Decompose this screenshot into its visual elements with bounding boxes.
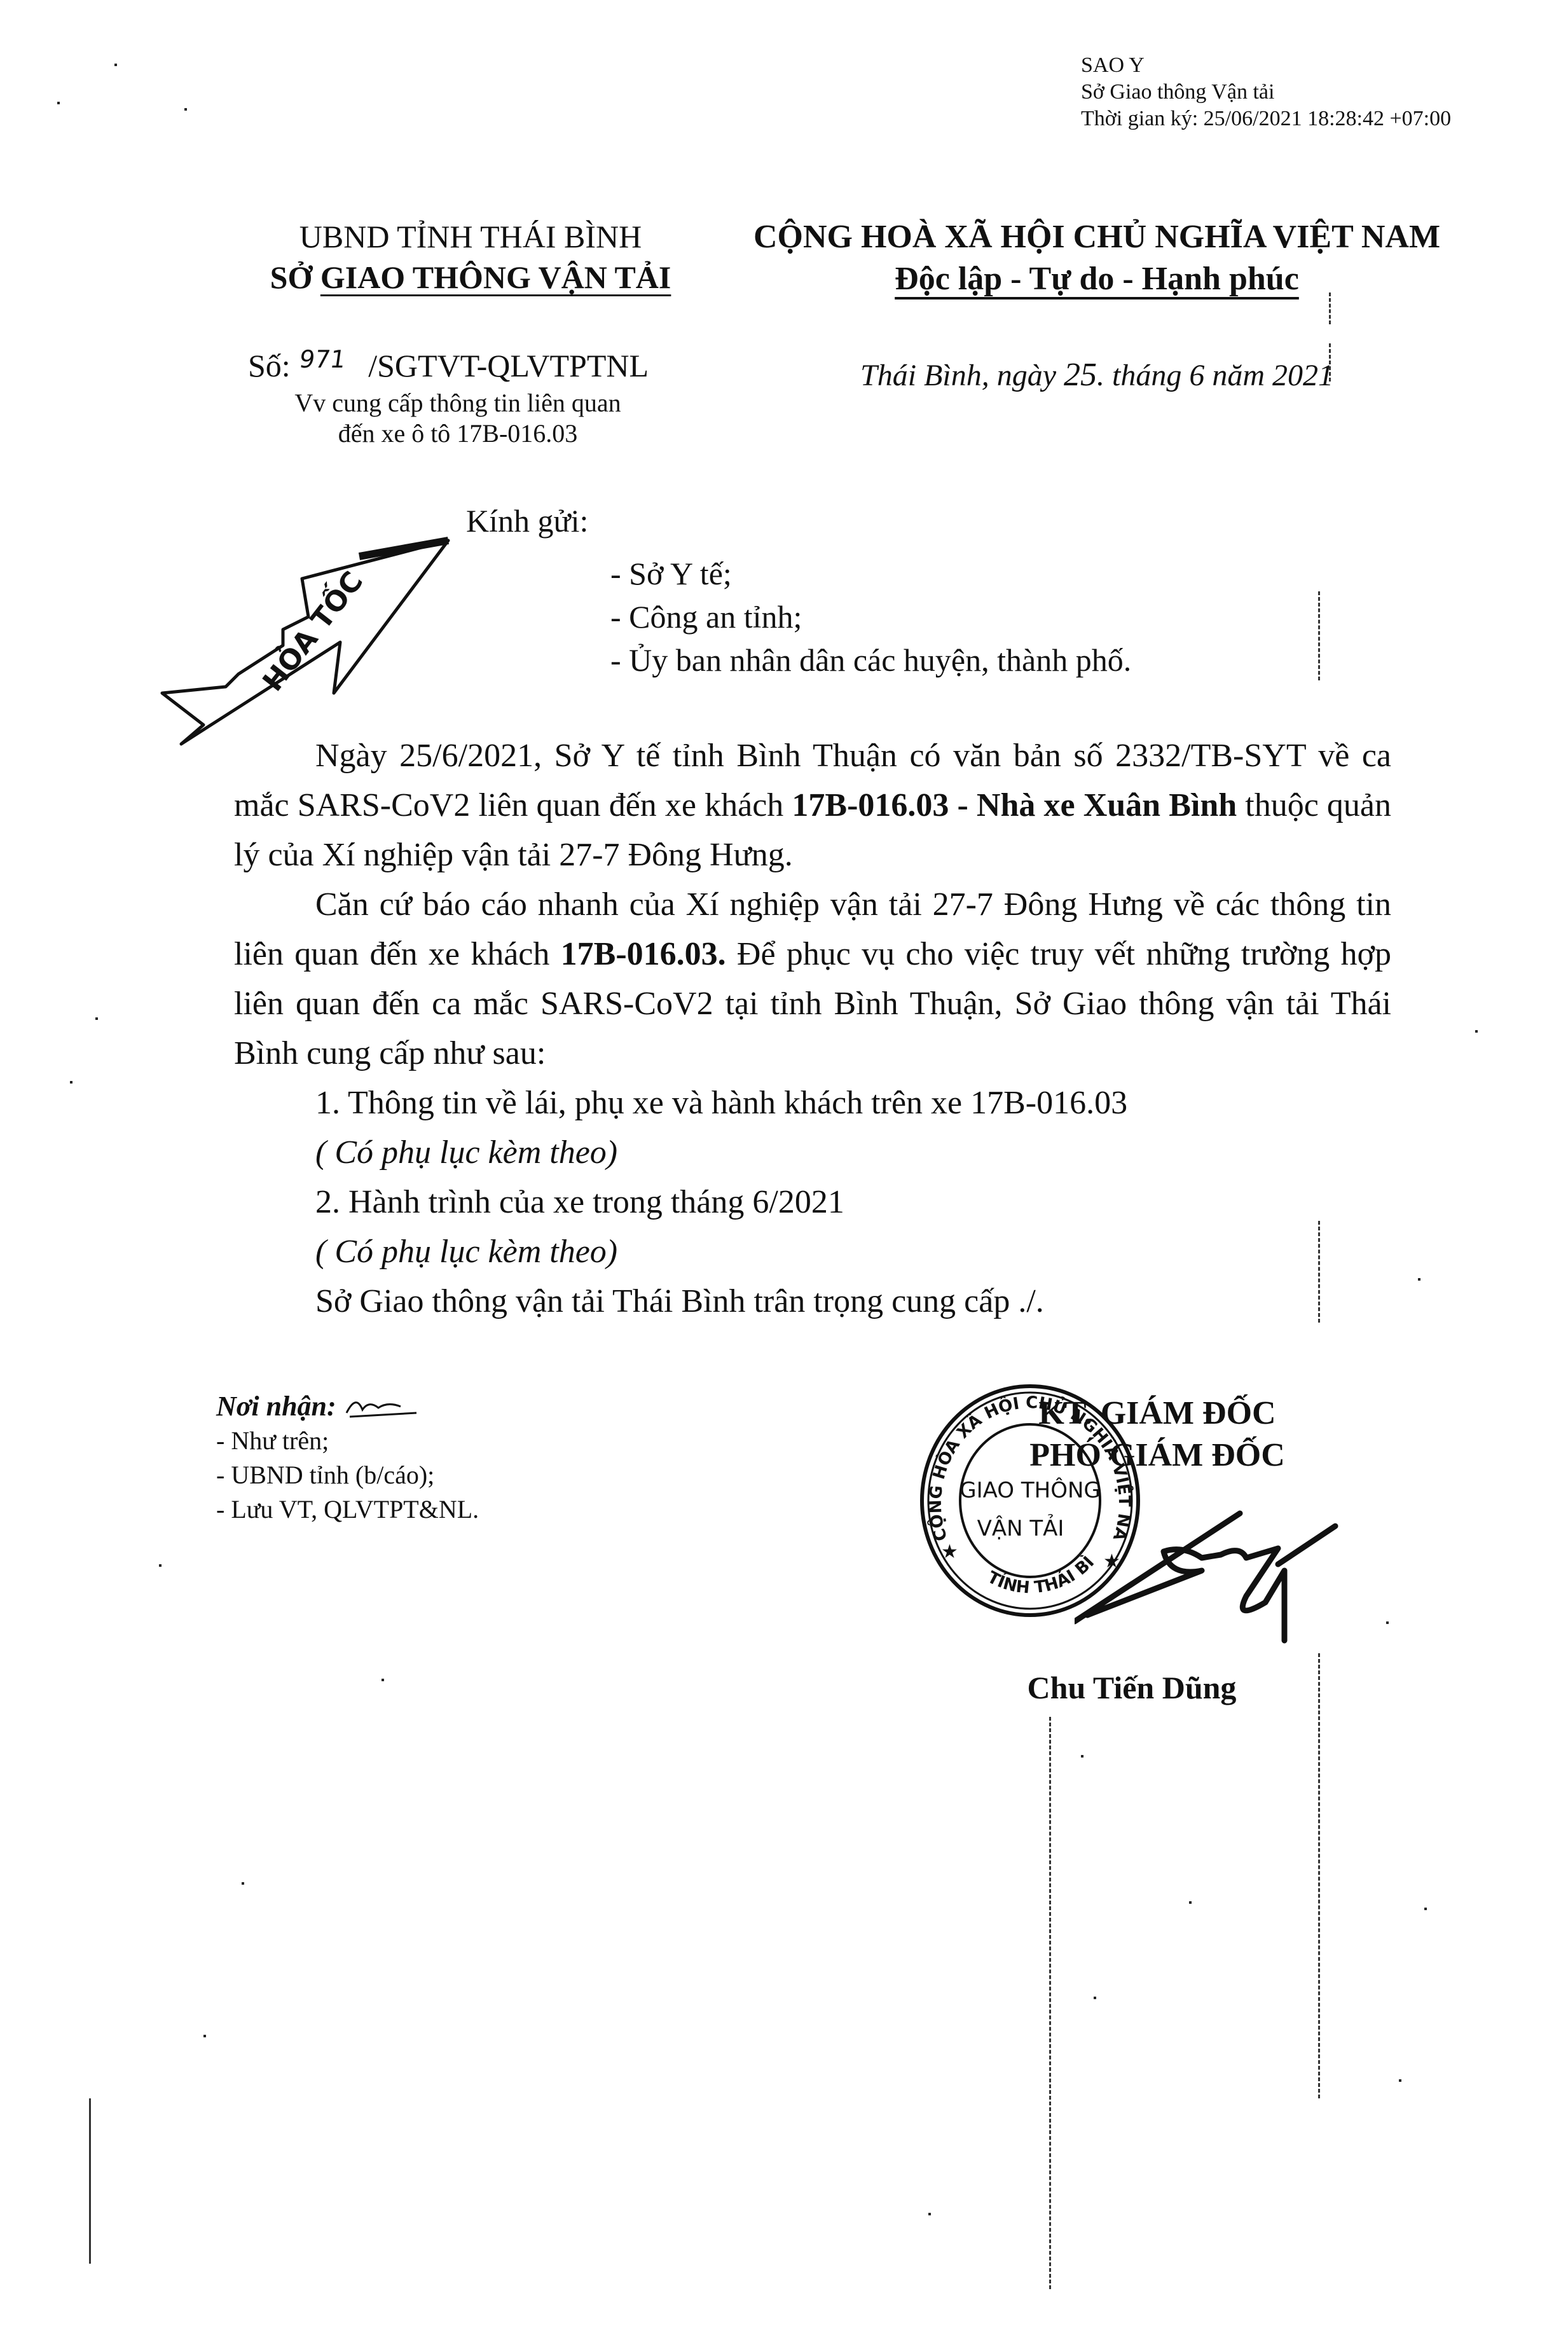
body-paragraph-1: Ngày 25/6/2021, Sở Y tế tỉnh Bình Thuận … bbox=[234, 731, 1391, 880]
handwritten-signature-icon bbox=[1075, 1494, 1342, 1653]
body-item-1-note: ( Có phụ lục kèm theo) bbox=[234, 1128, 1391, 1178]
issuer-department: SỞ GIAO THÔNG VẬN TẢI bbox=[191, 257, 750, 298]
seal-star-icon: ★ bbox=[941, 1541, 958, 1562]
body-item-2-note: ( Có phụ lục kèm theo) bbox=[234, 1227, 1391, 1277]
scan-artifact-line bbox=[1329, 292, 1331, 324]
document-body: Ngày 25/6/2021, Sở Y tế tỉnh Bình Thuận … bbox=[234, 731, 1391, 1326]
distribution-list: Nơi nhận: - Như trên; - UBND tỉnh (b/cáo… bbox=[216, 1389, 479, 1527]
doc-number-code: /SGTVT-QLVTPTNL bbox=[368, 348, 649, 383]
distribution-item: - UBND tỉnh (b/cáo); bbox=[216, 1458, 479, 1492]
signature-org: Sở Giao thông Vận tải bbox=[1081, 79, 1451, 106]
doc-number-label: Số: bbox=[248, 348, 291, 383]
recipients-label: Kính gửi: bbox=[466, 502, 588, 539]
scan-artifact-line bbox=[1329, 343, 1331, 382]
issuer-province: UBND TỈNH THÁI BÌNH bbox=[191, 216, 750, 257]
body-item-2: 2. Hành trình của xe trong tháng 6/2021 bbox=[234, 1178, 1391, 1227]
signature-title-2: PHÓ GIÁM ĐỐC bbox=[992, 1435, 1323, 1476]
recipient-item: - Công an tỉnh; bbox=[610, 595, 1131, 638]
document-subject: Vv cung cấp thông tin liên quan đến xe ô… bbox=[229, 388, 687, 449]
signature-block: KT. GIÁM ĐỐC PHÓ GIÁM ĐỐC bbox=[992, 1393, 1323, 1476]
body-paragraph-2: Căn cứ báo cáo nhanh của Xí nghiệp vận t… bbox=[234, 880, 1391, 1078]
scan-artifact-line bbox=[1318, 1653, 1320, 2098]
distribution-item: - Lưu VT, QLVTPT&NL. bbox=[216, 1492, 479, 1527]
signature-title-1: KT. GIÁM ĐỐC bbox=[992, 1393, 1323, 1435]
p2-bold: 17B-016.03. bbox=[561, 936, 726, 972]
seal-center-line-2: VẬN TẢI bbox=[977, 1513, 1064, 1541]
date-prefix: Thái Bình, ngày bbox=[860, 359, 1064, 392]
issuer-header: UBND TỈNH THÁI BÌNH SỞ GIAO THÔNG VẬN TẢ… bbox=[191, 216, 750, 298]
recipients-list: - Sở Y tế; - Công an tỉnh; - Ủy ban nhân… bbox=[610, 552, 1131, 682]
scan-artifact-line bbox=[1318, 1221, 1320, 1323]
motto-text: Độc lập - Tự do - Hạnh phúc bbox=[895, 261, 1299, 297]
urgency-stamp-text: HỎA TỐC bbox=[253, 563, 369, 698]
body-closing: Sở Giao thông vận tải Thái Bình trân trọ… bbox=[234, 1277, 1391, 1326]
signature-label: SAO Y bbox=[1081, 52, 1451, 79]
issuer-dept-name: GIAO THÔNG VẬN TẢI bbox=[320, 259, 671, 295]
signer-name: Chu Tiến Dũng bbox=[954, 1669, 1310, 1706]
digital-signature-stamp: SAO Y Sở Giao thông Vận tải Thời gian ký… bbox=[1081, 52, 1451, 132]
date-suffix: . tháng 6 năm 2021 bbox=[1097, 359, 1333, 392]
date-line: Thái Bình, ngày 25. tháng 6 năm 2021 bbox=[731, 356, 1462, 394]
distribution-title-text: Nơi nhận: bbox=[216, 1391, 336, 1422]
body-item-1: 1. Thông tin về lái, phụ xe và hành khác… bbox=[234, 1078, 1391, 1128]
scan-artifact-line bbox=[89, 2098, 91, 2264]
distribution-title: Nơi nhận: bbox=[216, 1389, 479, 1424]
doc-number-handwritten: 971 bbox=[296, 340, 348, 378]
date-day: 25 bbox=[1064, 357, 1097, 393]
recipient-item: - Sở Y tế; bbox=[610, 552, 1131, 595]
subject-line-2: đến xe ô tô 17B-016.03 bbox=[229, 418, 687, 449]
p1-bold: 17B-016.03 - Nhà xe Xuân Bình bbox=[792, 787, 1237, 823]
document-number: Số:971/SGTVT-QLVTPTNL bbox=[248, 347, 649, 387]
subject-line-1: Vv cung cấp thông tin liên quan bbox=[229, 388, 687, 418]
arrow-stamp-icon: HỎA TỐC bbox=[149, 483, 461, 750]
national-title: CỘNG HOÀ XÃ HỘI CHỦ NGHĨA VIỆT NAM bbox=[731, 216, 1462, 258]
scan-artifact-line bbox=[1318, 591, 1320, 680]
distribution-item: - Như trên; bbox=[216, 1424, 479, 1458]
signature-time: Thời gian ký: 25/06/2021 18:28:42 +07:00 bbox=[1081, 106, 1451, 132]
national-header: CỘNG HOÀ XÃ HỘI CHỦ NGHĨA VIỆT NAM Độc l… bbox=[731, 216, 1462, 300]
national-motto: Độc lập - Tự do - Hạnh phúc bbox=[731, 258, 1462, 300]
recipient-item: - Ủy ban nhân dân các huyện, thành phố. bbox=[610, 638, 1131, 682]
issuer-dept-prefix: SỞ bbox=[270, 259, 320, 295]
scan-artifact-line bbox=[1049, 1717, 1051, 2289]
initials-scribble-icon bbox=[343, 1394, 420, 1419]
